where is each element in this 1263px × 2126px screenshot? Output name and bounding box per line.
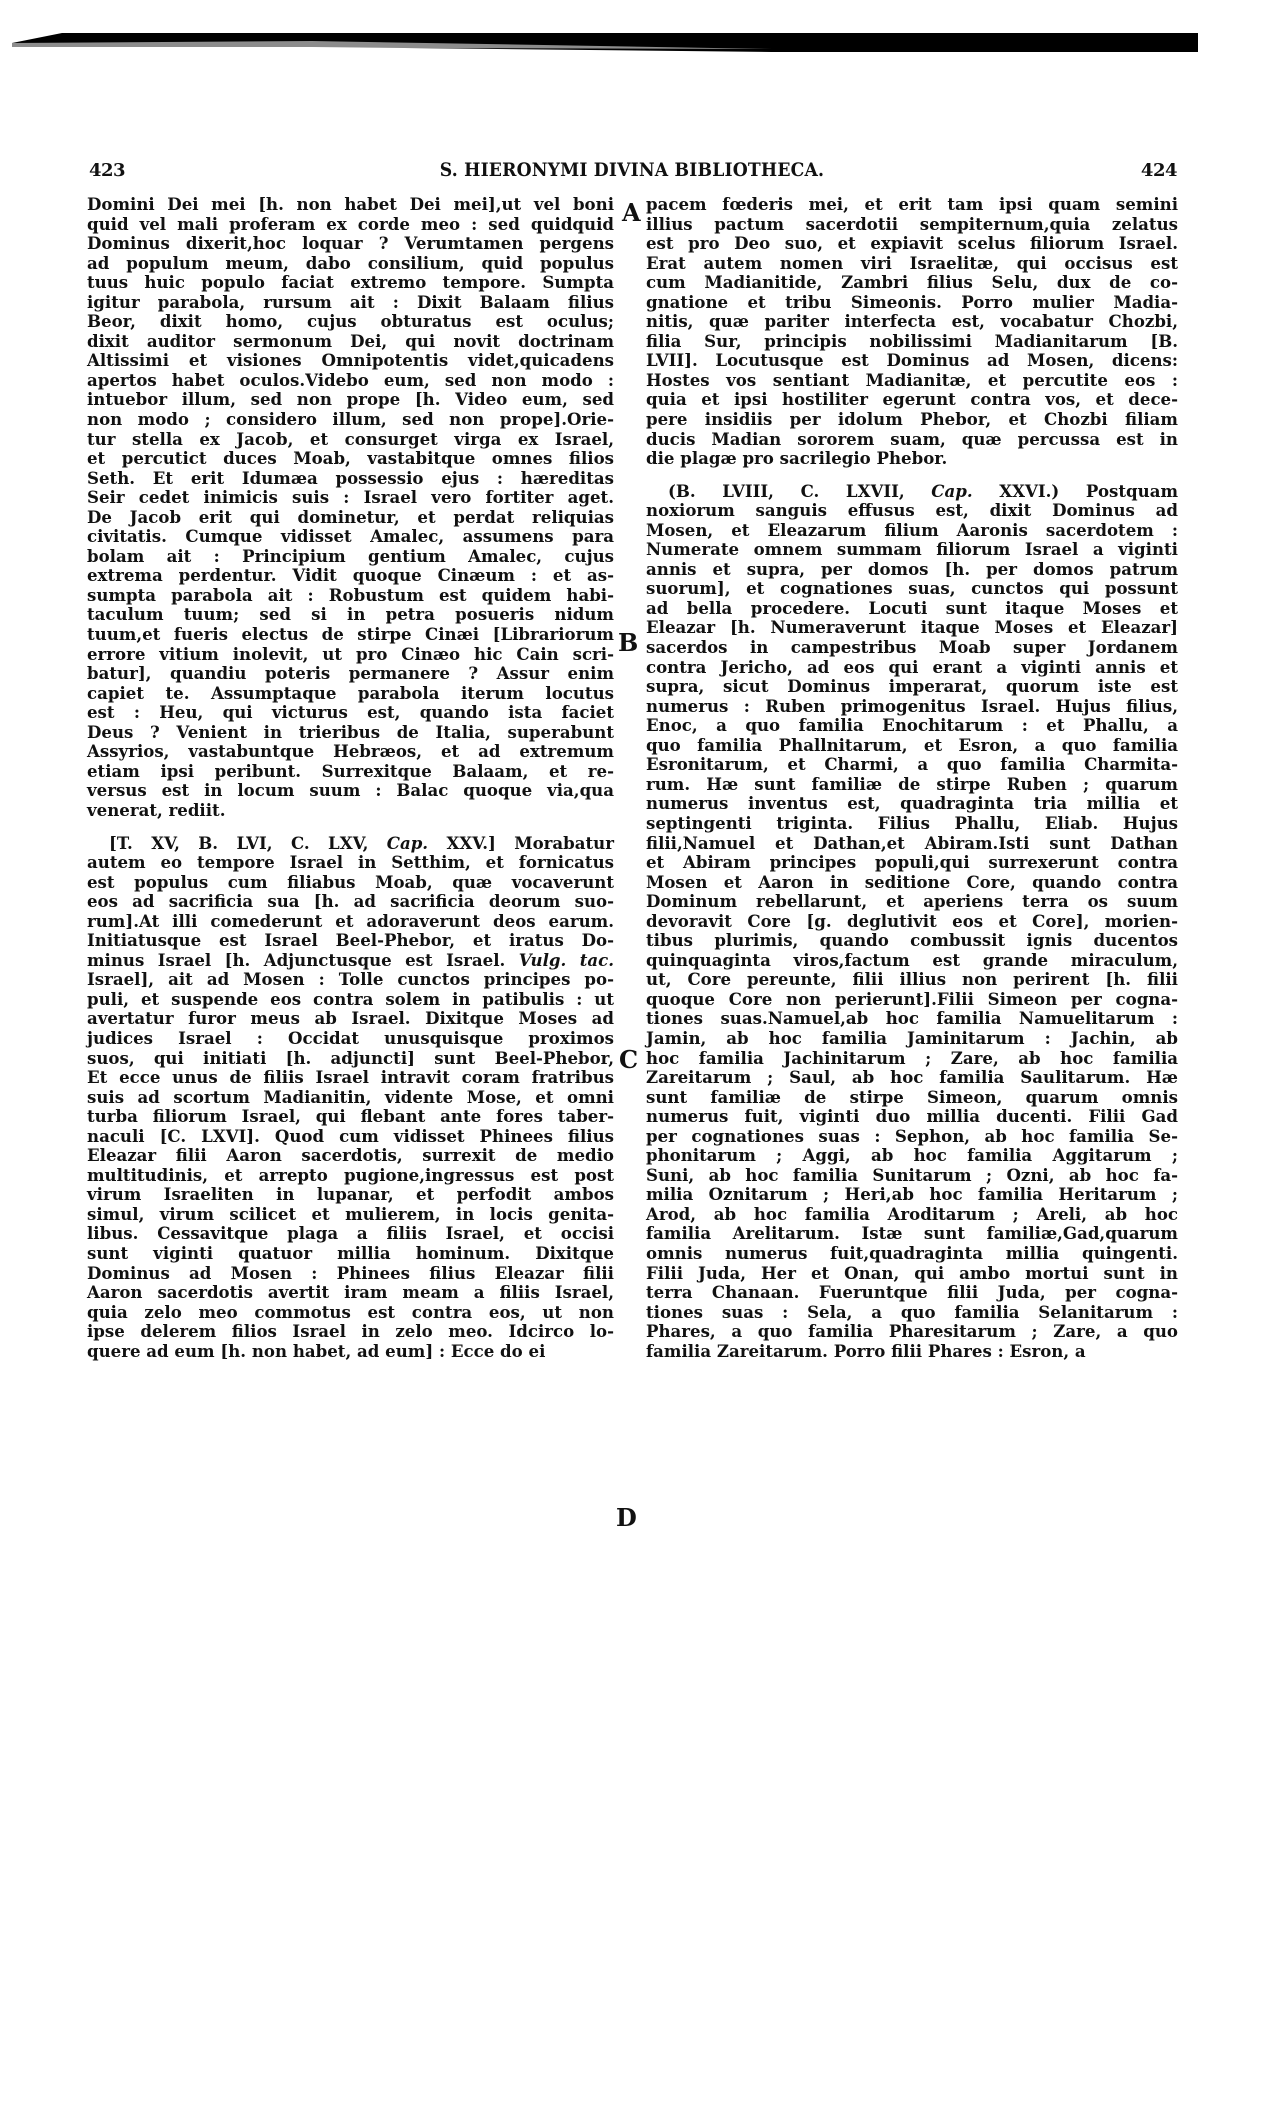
text-line: ipse delerem filios Israel in zelo meo. …: [87, 1322, 614, 1342]
text-line: rum].At illi comederunt et adoraverunt d…: [87, 912, 614, 932]
paragraph: Domini Dei mei [h. non habet Dei mei],ut…: [87, 195, 614, 821]
text-line: cum Madianitide, Zambri filius Selu, dux…: [646, 273, 1178, 293]
text-line: Israel], ait ad Mosen : Tolle cunctos pr…: [87, 970, 614, 990]
margin-letter-c: C: [619, 1045, 638, 1074]
text-line: omnis numerus fuit,quadraginta millia qu…: [646, 1244, 1178, 1264]
text-line: extrema perdentur. Vidit quoque Cinæum :…: [87, 566, 614, 586]
text-line: familia Arelitarum. Istæ sunt familiæ,Ga…: [646, 1224, 1178, 1244]
text-line: quo familia Phallnitarum, et Esron, a qu…: [646, 736, 1178, 756]
text-line: tur stella ex Jacob, et consurget virga …: [87, 430, 614, 450]
text-line: LVII]. Locutusque est Dominus ad Mosen, …: [646, 351, 1178, 371]
text-line: annis et supra, per domos [h. per domos …: [646, 560, 1178, 580]
text-line: civitatis. Cumque vidisset Amalec, assum…: [87, 527, 614, 547]
text-line: tuum,et fueris electus de stirpe Cinæi […: [87, 625, 614, 645]
text-line: Deus ? Venient in trieribus de Italia, s…: [87, 723, 614, 743]
text-line: ut, Core pereunte, filii illius non peri…: [646, 970, 1178, 990]
text-line: multitudinis, et arrepto pugione,ingress…: [87, 1166, 614, 1186]
text-line: Esronitarum, et Charmi, a quo familia Ch…: [646, 755, 1178, 775]
text-line: Jamin, ab hoc familia Jaminitarum : Jach…: [646, 1029, 1178, 1049]
text-line: tibus plurimis, quando combussit ignis d…: [646, 931, 1178, 951]
text-line: sunt viginti quatuor millia hominum. Dix…: [87, 1244, 614, 1264]
text-line: puli, et suspende eos contra solem in pa…: [87, 990, 614, 1010]
text-line: Phares, a quo familia Pharesitarum ; Zar…: [646, 1322, 1178, 1342]
text-line: non modo ; considero illum, sed non prop…: [87, 410, 614, 430]
text-line: suis ad scortum Madianitin, vidente Mose…: [87, 1088, 614, 1108]
text-line: quid vel mali proferam ex corde meo : se…: [87, 215, 614, 235]
text-line: terra Chanaan. Fueruntque filii Juda, pe…: [646, 1283, 1178, 1303]
text-line: pacem fœderis mei, et erit tam ipsi quam…: [646, 195, 1178, 215]
text-line: eos ad sacrificia sua [h. ad sacrificia …: [87, 892, 614, 912]
right-column: pacem fœderis mei, et erit tam ipsi quam…: [646, 195, 1178, 1361]
text-line: gnatione et tribu Simeonis. Porro mulier…: [646, 293, 1178, 313]
text-line: est populus cum filiabus Moab, quæ vocav…: [87, 873, 614, 893]
scan-edge-artifact: [12, 33, 1198, 53]
margin-letter-b: B: [618, 628, 638, 657]
text-line: phonitarum ; Aggi, ab hoc familia Aggita…: [646, 1146, 1178, 1166]
text-line: sacerdos in campestribus Moab super Jord…: [646, 638, 1178, 658]
text-line: Filii Juda, Her et Onan, qui ambo mortui…: [646, 1264, 1178, 1284]
text-line: taculum tuum; sed si in petra posueris n…: [87, 605, 614, 625]
text-line: Mosen, et Eleazarum filium Aaronis sacer…: [646, 521, 1178, 541]
text-line: Eleazar filii Aaron sacerdotis, surrexit…: [87, 1146, 614, 1166]
text-line: devoravit Core [g. deglutivit eos et Cor…: [646, 912, 1178, 932]
text-line: Enoc, a quo familia Enochitarum : et Pha…: [646, 716, 1178, 736]
text-line: tiones suas : Sela, a quo familia Selani…: [646, 1303, 1178, 1323]
text-line: numerus : Ruben primogenitus Israel. Huj…: [646, 697, 1178, 717]
text-line: Mosen et Aaron in seditione Core, quando…: [646, 873, 1178, 893]
text-line: septingenti triginta. Filius Phallu, Eli…: [646, 814, 1178, 834]
text-line: filia Sur, principis nobilissimi Madiani…: [646, 332, 1178, 352]
text-line: tuus huic populo faciat extremo tempore.…: [87, 273, 614, 293]
text-line: Eleazar [h. Numeraverunt itaque Moses et…: [646, 618, 1178, 638]
text-line: Assyrios, vastabuntque Hebræos, et ad ex…: [87, 742, 614, 762]
text-line: ad bella procedere. Locuti sunt itaque M…: [646, 599, 1178, 619]
text-line: suorum], et cognationes suas, cunctos qu…: [646, 579, 1178, 599]
text-line: judices Israel : Occidat unusquisque pro…: [87, 1029, 614, 1049]
text-line: rum. Hæ sunt familiæ de stirpe Ruben ; q…: [646, 775, 1178, 795]
left-column: Domini Dei mei [h. non habet Dei mei],ut…: [87, 195, 614, 1361]
text-line: Zareitarum ; Saul, ab hoc familia Saulit…: [646, 1068, 1178, 1088]
page-header: 423 S. HIERONYMI DIVINA BIBLIOTHECA. 424: [87, 160, 1177, 188]
text-line: Dominus dixerit,hoc loquar ? Verumtamen …: [87, 234, 614, 254]
text-line: Dominum rebellarunt, et aperiens terra o…: [646, 892, 1178, 912]
text-line: supra, sicut Dominus imperarat, quorum i…: [646, 677, 1178, 697]
page-number-left: 423: [89, 160, 125, 181]
text-line: noxiorum sanguis effusus est, dixit Domi…: [646, 501, 1178, 521]
text-line: familia Zareitarum. Porro filii Phares :…: [646, 1342, 1178, 1362]
text-line: quoque Core non perierunt].Filii Simeon …: [646, 990, 1178, 1010]
text-line: illius pactum sacerdotii sempiternum,qui…: [646, 215, 1178, 235]
text-line: quere ad eum [h. non habet, ad eum] : Ec…: [87, 1342, 614, 1362]
paragraph: (B. LVIII, C. LXVII, Cap. XXVI.) Postqua…: [646, 482, 1178, 1362]
text-line: hoc familia Jachinitarum ; Zare, ab hoc …: [646, 1049, 1178, 1069]
text-line: etiam ipsi peribunt. Surrexitque Balaam,…: [87, 762, 614, 782]
text-line: turba filiorum Israel, qui flebant ante …: [87, 1107, 614, 1127]
text-line: dixit auditor sermonum Dei, qui novit do…: [87, 332, 614, 352]
text-line: bolam ait : Principium gentium Amalec, c…: [87, 547, 614, 567]
text-line: versus est in locum suum : Balac quoque …: [87, 781, 614, 801]
text-line: Suni, ab hoc familia Sunitarum ; Ozni, a…: [646, 1166, 1178, 1186]
text-line: Domini Dei mei [h. non habet Dei mei],ut…: [87, 195, 614, 215]
margin-letter-d: D: [616, 1503, 637, 1532]
text-line: numerus fuit, viginti duo millia ducenti…: [646, 1107, 1178, 1127]
text-line: simul, virum scilicet et mulierem, in lo…: [87, 1205, 614, 1225]
text-line: Erat autem nomen viri Israelitæ, qui occ…: [646, 254, 1178, 274]
text-line: quia zelo meo commotus est contra eos, u…: [87, 1303, 614, 1323]
text-line: capiet te. Assumptaque parabola iterum l…: [87, 684, 614, 704]
text-line: et Abiram principes populi,qui surrexeru…: [646, 853, 1178, 873]
text-line: Et ecce unus de filiis Israel intravit c…: [87, 1068, 614, 1088]
text-line: virum Israeliten in lupanar, et perfodit…: [87, 1185, 614, 1205]
text-line: milia Oznitarum ; Heri,ab hoc familia He…: [646, 1185, 1178, 1205]
margin-letter-a: A: [622, 198, 641, 227]
text-line: Aaron sacerdotis avertit iram meam a fil…: [87, 1283, 614, 1303]
text-line: autem eo tempore Israel in Setthim, et f…: [87, 853, 614, 873]
paragraph: pacem fœderis mei, et erit tam ipsi quam…: [646, 195, 1178, 469]
text-line: filii,Namuel et Dathan,et Abiram.Isti su…: [646, 834, 1178, 854]
text-line: per cognationes suas : Sephon, ab hoc fa…: [646, 1127, 1178, 1147]
text-line: batur], quandiu poteris permanere ? Assu…: [87, 664, 614, 684]
paragraph: [T. XV, B. LVI, C. LXV, Cap. XXV.] Morab…: [87, 834, 614, 1362]
text-line: minus Israel [h. Adjunctusque est Israel…: [87, 951, 614, 971]
text-line: nitis, quæ pariter interfecta est, vocab…: [646, 312, 1178, 332]
text-line: quia et ipsi hostiliter egerunt contra v…: [646, 390, 1178, 410]
text-line: Hostes vos sentiant Madianitæ, et percut…: [646, 371, 1178, 391]
text-line: contra Jericho, ad eos qui erant a vigin…: [646, 658, 1178, 678]
text-line: Initiatusque est Israel Beel-Phebor, et …: [87, 931, 614, 951]
text-line: ad populum meum, dabo consilium, quid po…: [87, 254, 614, 274]
text-line: ducis Madian sororem suam, quæ percussa …: [646, 430, 1178, 450]
text-line: numerus inventus est, quadraginta tria m…: [646, 794, 1178, 814]
text-line: Arod, ab hoc familia Aroditarum ; Areli,…: [646, 1205, 1178, 1225]
text-line: intuebor illum, sed non prope [h. Video …: [87, 390, 614, 410]
text-line: Altissimi et visiones Omnipotentis videt…: [87, 351, 614, 371]
running-title: S. HIERONYMI DIVINA BIBLIOTHECA.: [125, 160, 1139, 181]
text-line: igitur parabola, rursum ait : Dixit Bala…: [87, 293, 614, 313]
text-line: pere insidiis per idolum Phebor, et Choz…: [646, 410, 1178, 430]
text-line: et percutict duces Moab, vastabitque omn…: [87, 449, 614, 469]
text-line: est pro Deo suo, et expiavit scelus fili…: [646, 234, 1178, 254]
text-line: suos, qui initiati [h. adjuncti] sunt Be…: [87, 1049, 614, 1069]
text-line: libus. Cessavitque plaga a filiis Israel…: [87, 1224, 614, 1244]
text-line: Beor, dixit homo, cujus obturatus est oc…: [87, 312, 614, 332]
text-line: Dominus ad Mosen : Phinees filius Eleaza…: [87, 1264, 614, 1284]
page-number-right: 424: [1141, 160, 1177, 181]
text-line: die plagæ pro sacrilegio Phebor.: [646, 449, 1178, 469]
text-line: sunt familiæ de stirpe Simeon, quarum om…: [646, 1088, 1178, 1108]
text-line: Numerate omnem summam filiorum Israel a …: [646, 540, 1178, 560]
text-line: (B. LVIII, C. LXVII, Cap. XXVI.) Postqua…: [646, 482, 1178, 502]
text-line: Seir cedet inimicis suis : Israel vero f…: [87, 488, 614, 508]
text-line: apertos habet oculos.Videbo eum, sed non…: [87, 371, 614, 391]
text-line: errore vitium inolevit, ut pro Cinæo hic…: [87, 645, 614, 665]
text-line: tiones suas.Namuel,ab hoc familia Namuel…: [646, 1009, 1178, 1029]
text-line: [T. XV, B. LVI, C. LXV, Cap. XXV.] Morab…: [87, 834, 614, 854]
text-line: sumpta parabola ait : Robustum est quide…: [87, 586, 614, 606]
text-line: Seth. Et erit Idumæa possessio ejus : hæ…: [87, 469, 614, 489]
text-line: De Jacob erit qui dominetur, et perdat r…: [87, 508, 614, 528]
text-line: est : Heu, qui victurus est, quando ista…: [87, 703, 614, 723]
text-line: naculi [C. LXVI]. Quod cum vidisset Phin…: [87, 1127, 614, 1147]
text-line: venerat, rediit.: [87, 801, 614, 821]
text-line: quinquaginta viros,factum est grande mir…: [646, 951, 1178, 971]
text-line: avertatur furor meus ab Israel. Dixitque…: [87, 1009, 614, 1029]
